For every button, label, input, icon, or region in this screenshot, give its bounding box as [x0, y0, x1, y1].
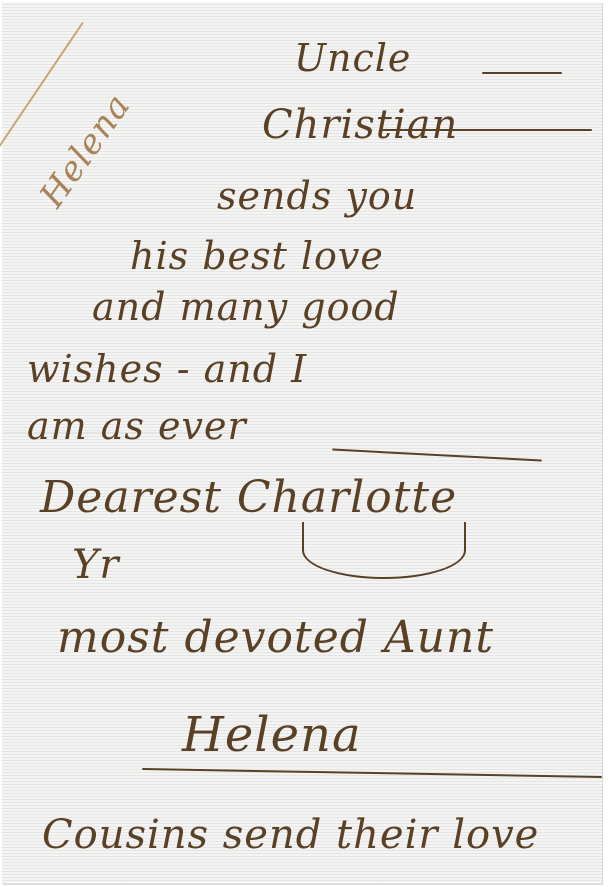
signature-underline	[142, 768, 602, 778]
letter-line-3: sends you	[217, 174, 417, 218]
letter-line-7: am as ever	[27, 404, 247, 448]
flourish-underline	[382, 129, 592, 131]
letter-page: Helena Uncle Christian sends you his bes…	[2, 2, 602, 884]
flourish-swash	[302, 522, 466, 579]
margin-signature: Helena	[32, 86, 139, 215]
letter-line-10: most devoted Aunt	[57, 612, 494, 663]
letter-line-12: Cousins send their love	[42, 812, 539, 858]
letter-line-9: Yr	[72, 542, 120, 588]
flourish-underline	[482, 72, 562, 74]
flourish-underline	[332, 449, 542, 462]
letter-line-4: his best love	[130, 234, 384, 278]
letter-line-8: Dearest Charlotte	[40, 472, 457, 523]
letter-line-2: Christian	[262, 102, 458, 148]
letter-line-5: and many good	[92, 285, 400, 329]
letter-line-1: Uncle	[294, 36, 411, 80]
letter-signature: Helena	[182, 707, 362, 763]
letter-line-6: wishes - and I	[27, 347, 307, 391]
